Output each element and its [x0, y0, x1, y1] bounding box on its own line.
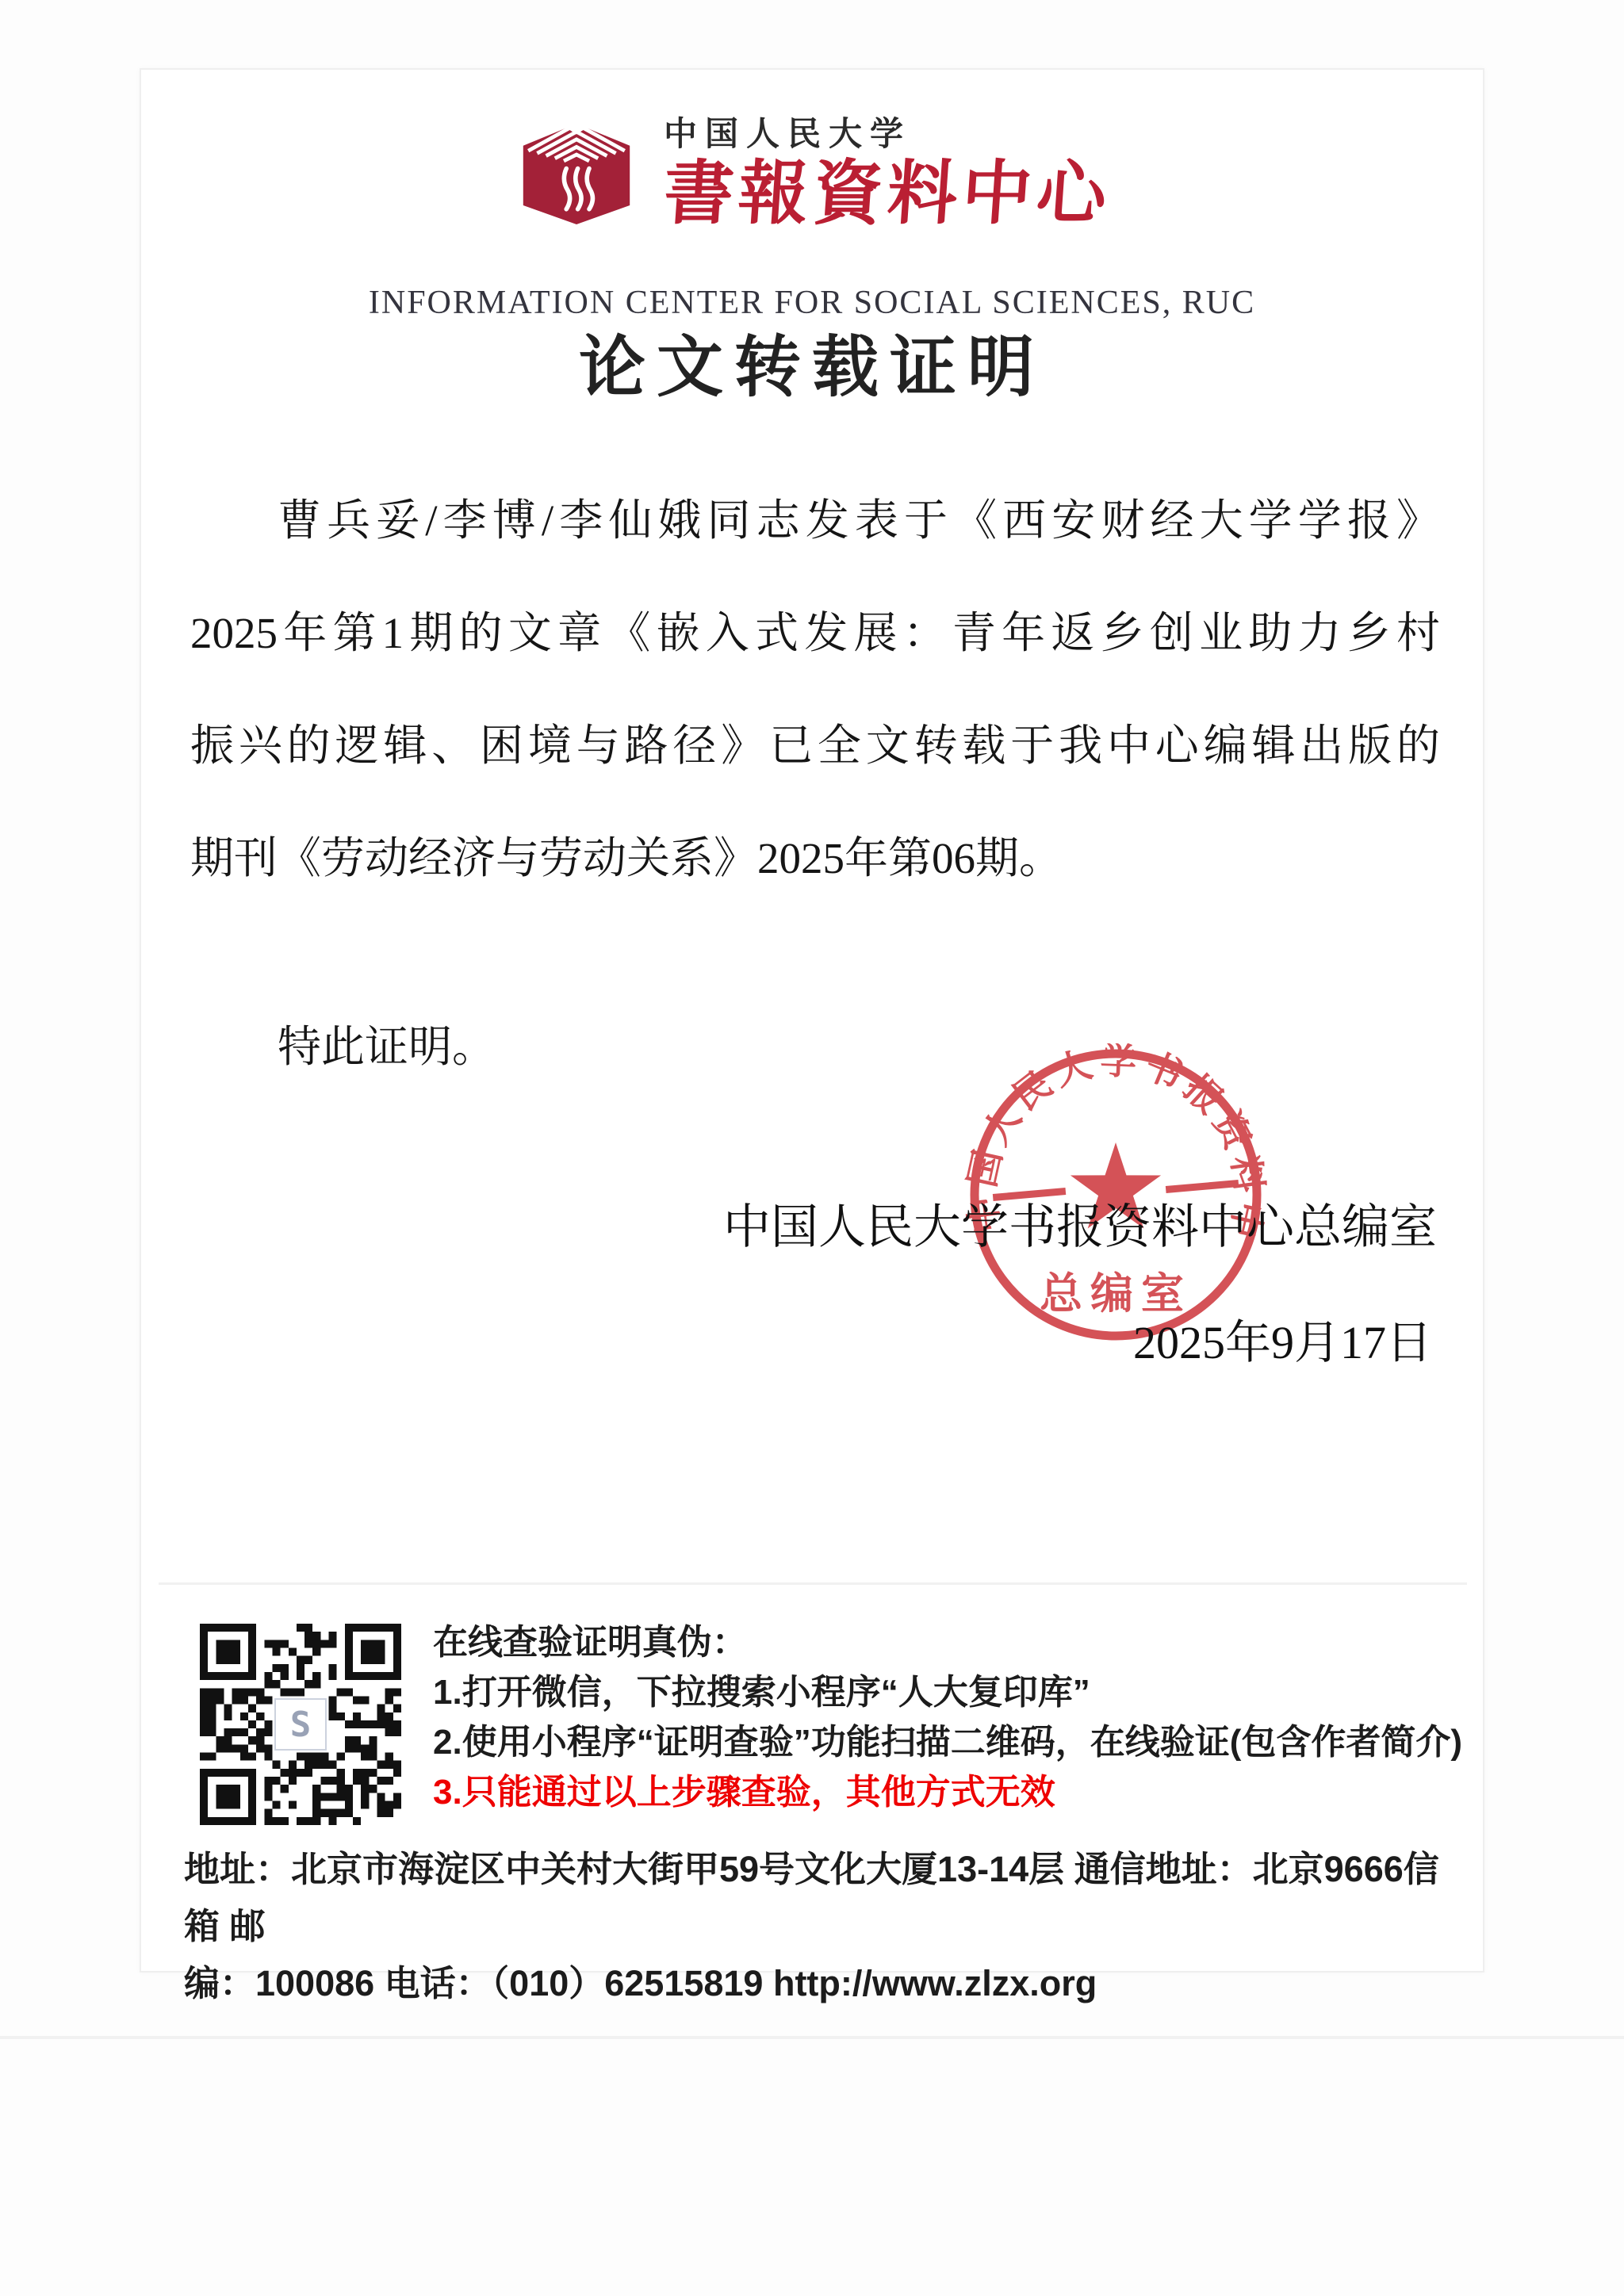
- open-book-logo-icon: [513, 113, 640, 228]
- page-bottom-rule: [0, 2036, 1624, 2039]
- verification-heading: 在线查验证明真伪：: [433, 1617, 1456, 1667]
- center-calligraphy: 書報資料中心: [661, 157, 1114, 234]
- brand-text: 中国人民大学 書報資料中心: [664, 108, 1111, 234]
- footer-contact: 地址：北京市海淀区中关村大街甲59号文化大厦13-14层 通信地址：北京9666…: [184, 1841, 1453, 2012]
- qr-center-logo: S: [274, 1698, 327, 1751]
- footer-line: 编：100086 电话：（010）62515819 http://www.zlz…: [184, 1955, 1453, 2012]
- verification-step: 2.使用小程序“证明查验”功能扫描二维码，在线验证(包含作者简介): [433, 1717, 1456, 1767]
- university-name: 中国人民大学: [664, 108, 911, 155]
- footer-line: 地址：北京市海淀区中关村大街甲59号文化大厦13-14层 通信地址：北京9666…: [184, 1841, 1453, 1955]
- header: 中国人民大学 書報資料中心: [141, 108, 1483, 234]
- certificate-card: 中国人民大学 書報資料中心 INFORMATION CENTER FOR SOC…: [140, 68, 1484, 1973]
- verification-step: 1.打开微信，下拉搜索小程序“人大复印库”: [433, 1667, 1456, 1717]
- document-title: 论文转载证明: [141, 314, 1483, 410]
- qr-code: S: [200, 1624, 401, 1825]
- body-line: 2025年第1期的文章《嵌入式发展：青年返乡创业助力乡村: [190, 577, 1440, 690]
- verification-instructions: 在线查验证明真伪： 1.打开微信，下拉搜索小程序“人大复印库” 2.使用小程序“…: [433, 1617, 1456, 1817]
- section-divider: [159, 1582, 1467, 1585]
- signature-organization: 中国人民大学书报资料中心总编室: [723, 1189, 1437, 1257]
- signature-date: 2025年9月17日: [1133, 1305, 1432, 1372]
- body-line: 振兴的逻辑、困境与路径》已全文转载于我中心编辑出版的: [190, 690, 1440, 802]
- body-paragraph: 曹兵妥/李博/李仙娥同志发表于《西安财经大学学报》 2025年第1期的文章《嵌入…: [190, 465, 1440, 915]
- body-line: 期刊《劳动经济与劳动关系》2025年第06期。: [190, 802, 1440, 915]
- hereby-certify-line: 特此证明。: [278, 1012, 496, 1074]
- certificate-page: { "header": { "university": "中国人民大学", "c…: [0, 0, 1624, 2296]
- verification-step-warning: 3.只能通过以上步骤查验，其他方式无效: [433, 1767, 1456, 1817]
- body-line: 曹兵妥/李博/李仙娥同志发表于《西安财经大学学报》: [190, 465, 1440, 577]
